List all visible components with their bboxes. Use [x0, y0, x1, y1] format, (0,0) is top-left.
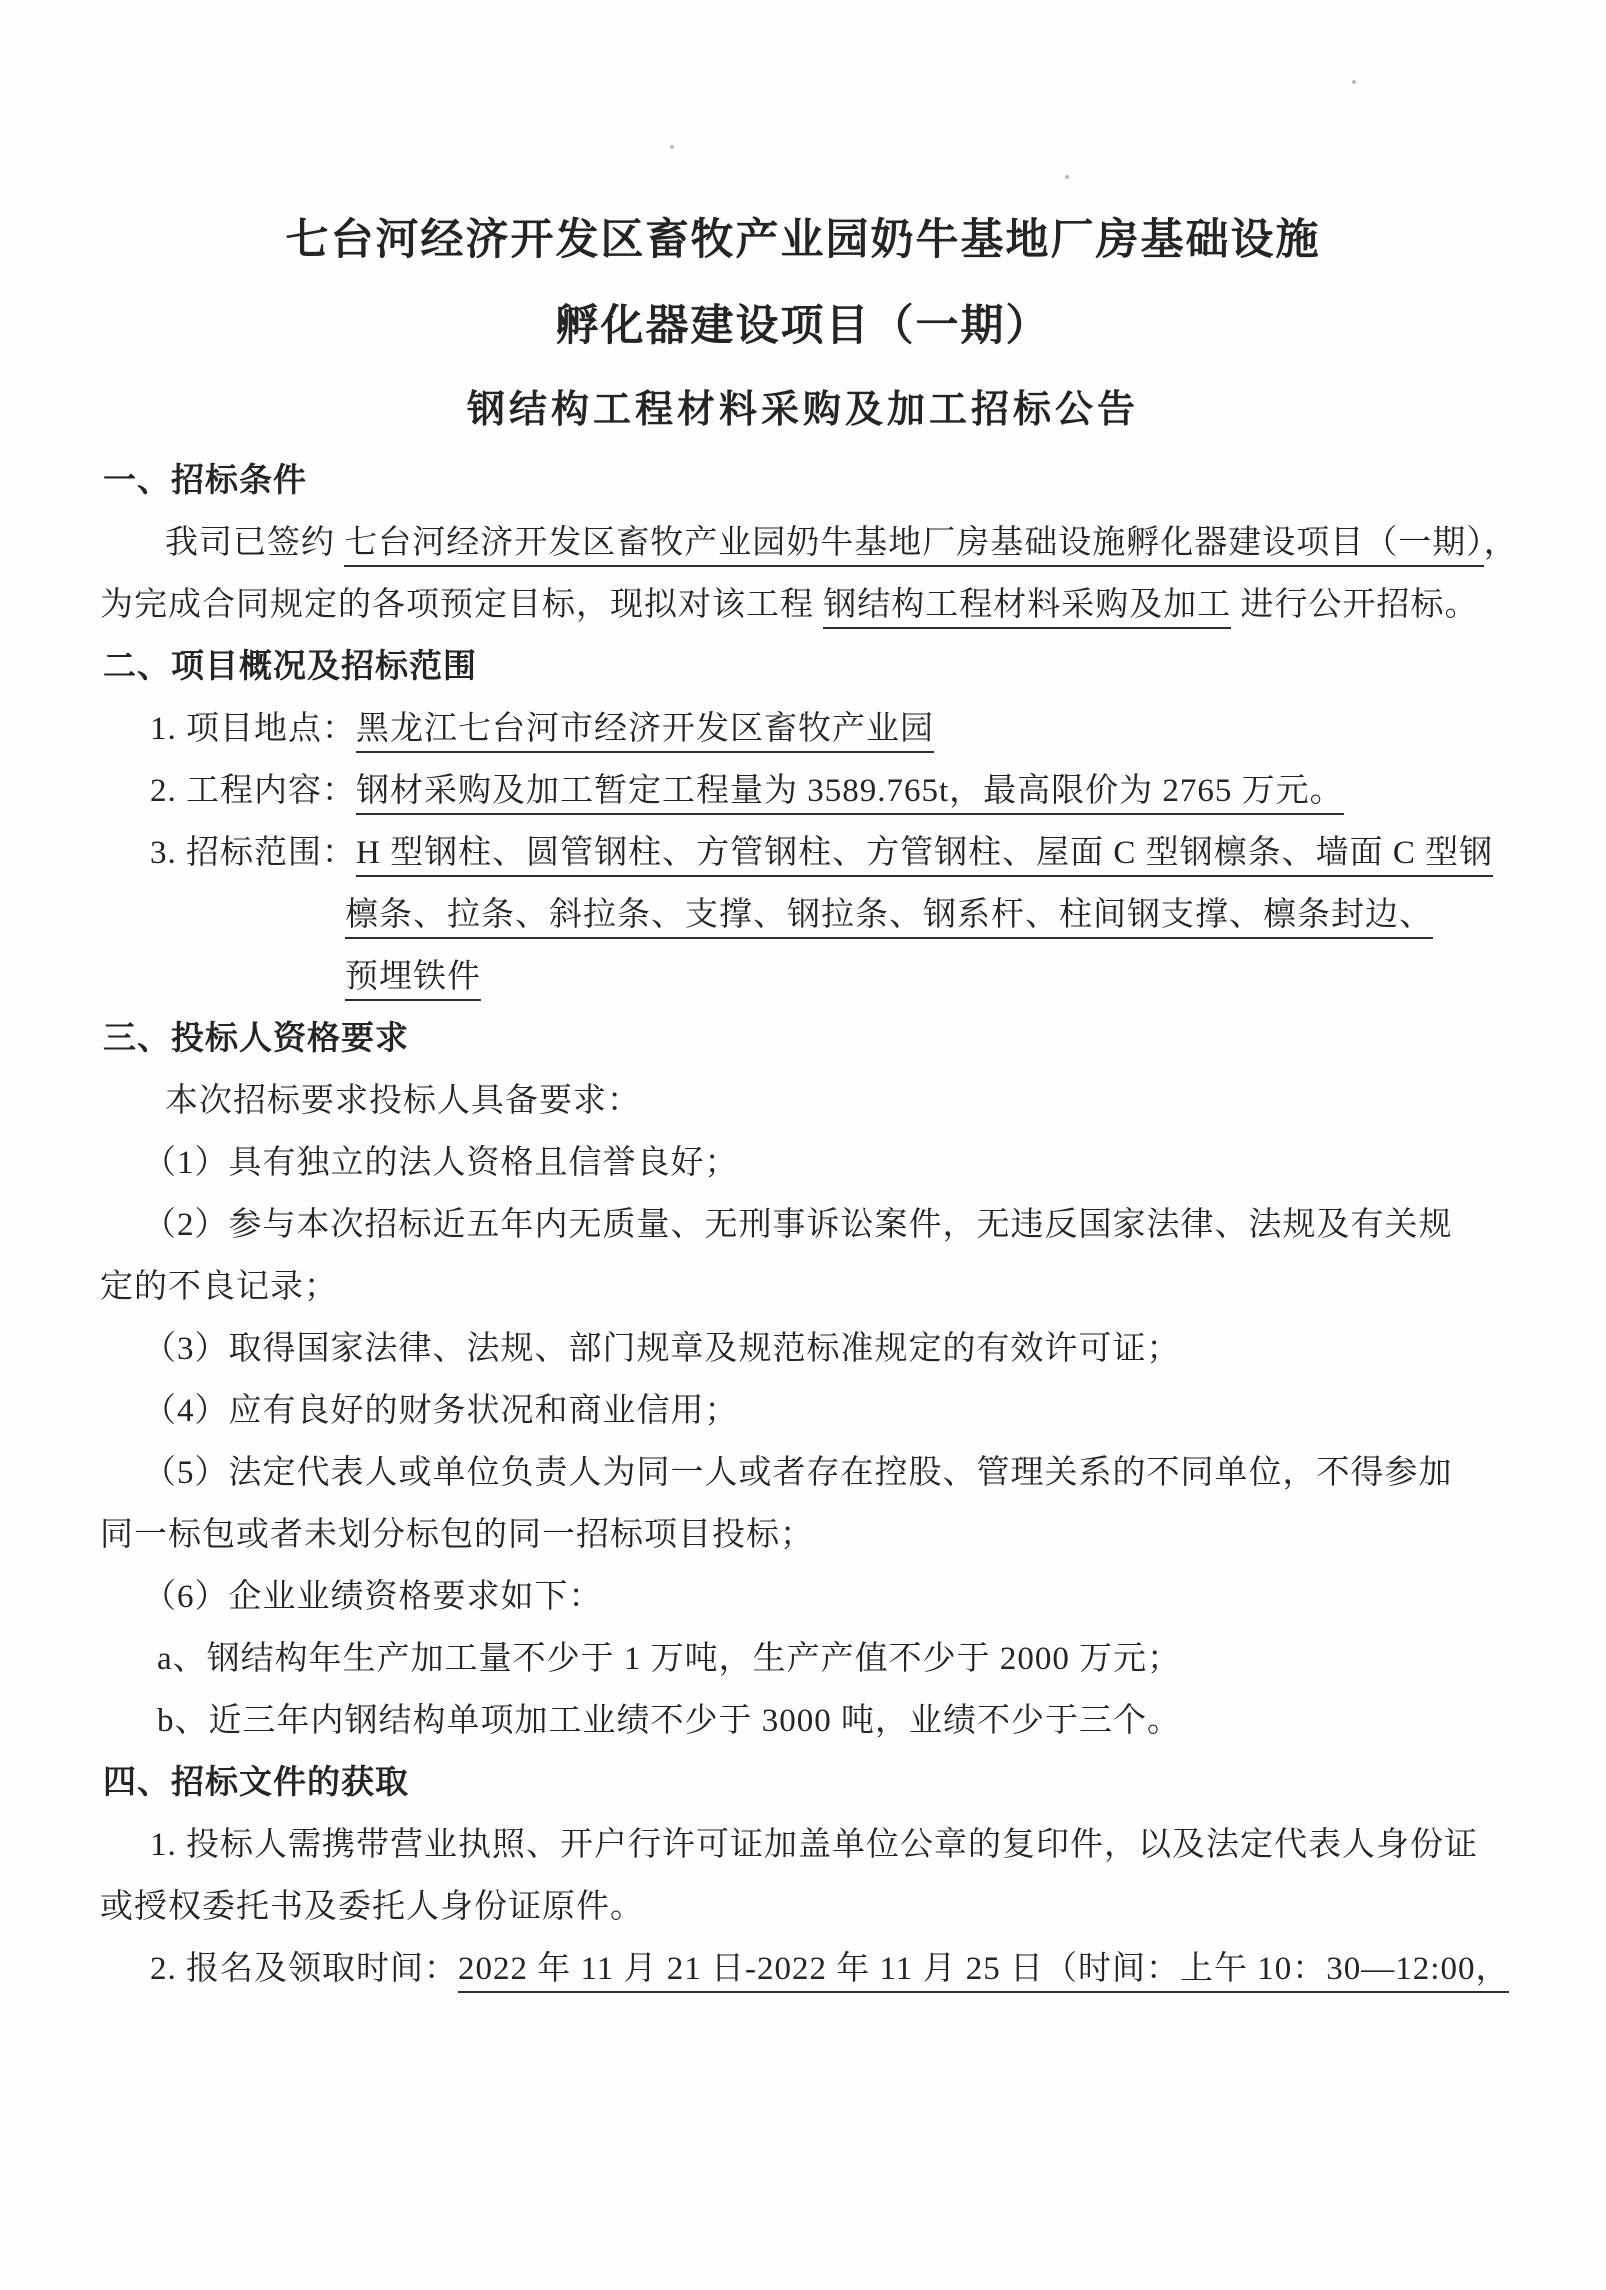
tender-scope-item-line-2: 檩条、拉条、斜拉条、支撑、钢拉条、钢系杆、柱间钢支撑、檩条封边、 — [100, 884, 1506, 946]
requirement-6: （6）企业业绩资格要求如下： — [100, 1566, 1506, 1628]
requirement-5-line-2: 同一标包或者未划分标包的同一招标项目投标； — [100, 1504, 1506, 1566]
underlined-project-location: 黑龙江七台河市经济开发区畜牧产业园 — [356, 711, 934, 753]
item-label: 2. 工程内容： — [150, 773, 356, 809]
item-label: 2. 报名及领取时间： — [150, 1951, 458, 1987]
project-scope-item: 2. 工程内容：钢材采购及加工暂定工程量为 3589.765t，最高限价为 27… — [100, 760, 1506, 822]
section-1-paragraph-line-2: 为完成合同规定的各项预定目标，现拟对该工程 钢结构工程材料采购及加工 进行公开招… — [100, 574, 1506, 636]
requirement-4: （4）应有良好的财务状况和商业信用； — [100, 1380, 1506, 1442]
item-label: 1. 项目地点： — [150, 711, 356, 747]
section-2-heading: 二、项目概况及招标范围 — [100, 636, 1506, 698]
project-location-item: 1. 项目地点：黑龙江七台河市经济开发区畜牧产业园 — [100, 698, 1506, 760]
requirement-1: （1）具有独立的法人资格且信誉良好； — [100, 1132, 1506, 1194]
underlined-project-content: 钢材采购及加工暂定工程量为 3589.765t，最高限价为 2765 万元。 — [356, 773, 1344, 815]
tender-scope-item-line-3: 预埋铁件 — [100, 946, 1506, 1008]
requirement-3: （3）取得国家法律、法规、部门规章及规范标准规定的有效许可证； — [100, 1318, 1506, 1380]
underlined-tender-scope: 檩条、拉条、斜拉条、支撑、钢拉条、钢系杆、柱间钢支撑、檩条封边、 — [345, 897, 1433, 939]
section-4-heading: 四、招标文件的获取 — [100, 1752, 1506, 1814]
section-1-paragraph-line-1: 我司已签约 七台河经济开发区畜牧产业园奶牛基地厂房基础设施孵化器建设项目（一期）… — [100, 512, 1506, 574]
underlined-registration-time: 2022 年 11 月 21 日-2022 年 11 月 25 日（时间：上午 … — [458, 1951, 1509, 1993]
document-title-line-1: 七台河经济开发区畜牧产业园奶牛基地厂房基础设施 — [100, 198, 1506, 284]
section-1-heading: 一、招标条件 — [100, 450, 1506, 512]
document-subtitle: 钢结构工程材料采购及加工招标公告 — [100, 370, 1506, 450]
document-content: 七台河经济开发区畜牧产业园奶牛基地厂房基础设施 孵化器建设项目（一期） 钢结构工… — [100, 0, 1506, 2000]
requirement-6-sub-b: b、近三年内钢结构单项加工业绩不少于 3000 吨，业绩不少于三个。 — [100, 1690, 1506, 1752]
document-title-line-2: 孵化器建设项目（一期） — [100, 284, 1506, 370]
section-3-heading: 三、投标人资格要求 — [100, 1008, 1506, 1070]
scanned-tender-notice-page: 七台河经济开发区畜牧产业园奶牛基地厂房基础设施 孵化器建设项目（一期） 钢结构工… — [0, 0, 1606, 2290]
requirement-5-line-1: （5）法定代表人或单位负责人为同一人或者存在控股、管理关系的不同单位，不得参加 — [100, 1442, 1506, 1504]
tender-scope-item-line-1: 3. 招标范围：H 型钢柱、圆管钢柱、方管钢柱、方管钢柱、屋面 C 型钢檩条、墙… — [100, 822, 1506, 884]
paragraph-text: 进行公开招标。 — [1231, 587, 1478, 623]
paragraph-text: ， — [1484, 525, 1518, 561]
registration-time-item: 2. 报名及领取时间：2022 年 11 月 21 日-2022 年 11 月 … — [100, 1938, 1506, 2000]
document-obtain-item-1-line-2: 或授权委托书及委托人身份证原件。 — [100, 1876, 1506, 1938]
item-label: 3. 招标范围： — [150, 835, 356, 871]
underlined-tender-scope: 预埋铁件 — [345, 959, 481, 1001]
bidder-requirements-intro: 本次招标要求投标人具备要求： — [100, 1070, 1506, 1132]
requirement-2-line-1: （2）参与本次招标近五年内无质量、无刑事诉讼案件，无违反国家法律、法规及有关规 — [100, 1194, 1506, 1256]
paragraph-text: 为完成合同规定的各项预定目标，现拟对该工程 — [100, 587, 823, 623]
underlined-tender-scope: H 型钢柱、圆管钢柱、方管钢柱、方管钢柱、屋面 C 型钢檩条、墙面 C 型钢 — [356, 835, 1493, 877]
underlined-project-name: 七台河经济开发区畜牧产业园奶牛基地厂房基础设施孵化器建设项目（一期） — [344, 525, 1484, 567]
requirement-2-line-2: 定的不良记录； — [100, 1256, 1506, 1318]
underlined-tender-subject: 钢结构工程材料采购及加工 — [823, 587, 1231, 629]
requirement-6-sub-a: a、钢结构年生产加工量不少于 1 万吨，生产产值不少于 2000 万元； — [100, 1628, 1506, 1690]
document-obtain-item-1-line-1: 1. 投标人需携带营业执照、开户行许可证加盖单位公章的复印件，以及法定代表人身份… — [100, 1814, 1506, 1876]
paragraph-text: 我司已签约 — [165, 525, 344, 561]
